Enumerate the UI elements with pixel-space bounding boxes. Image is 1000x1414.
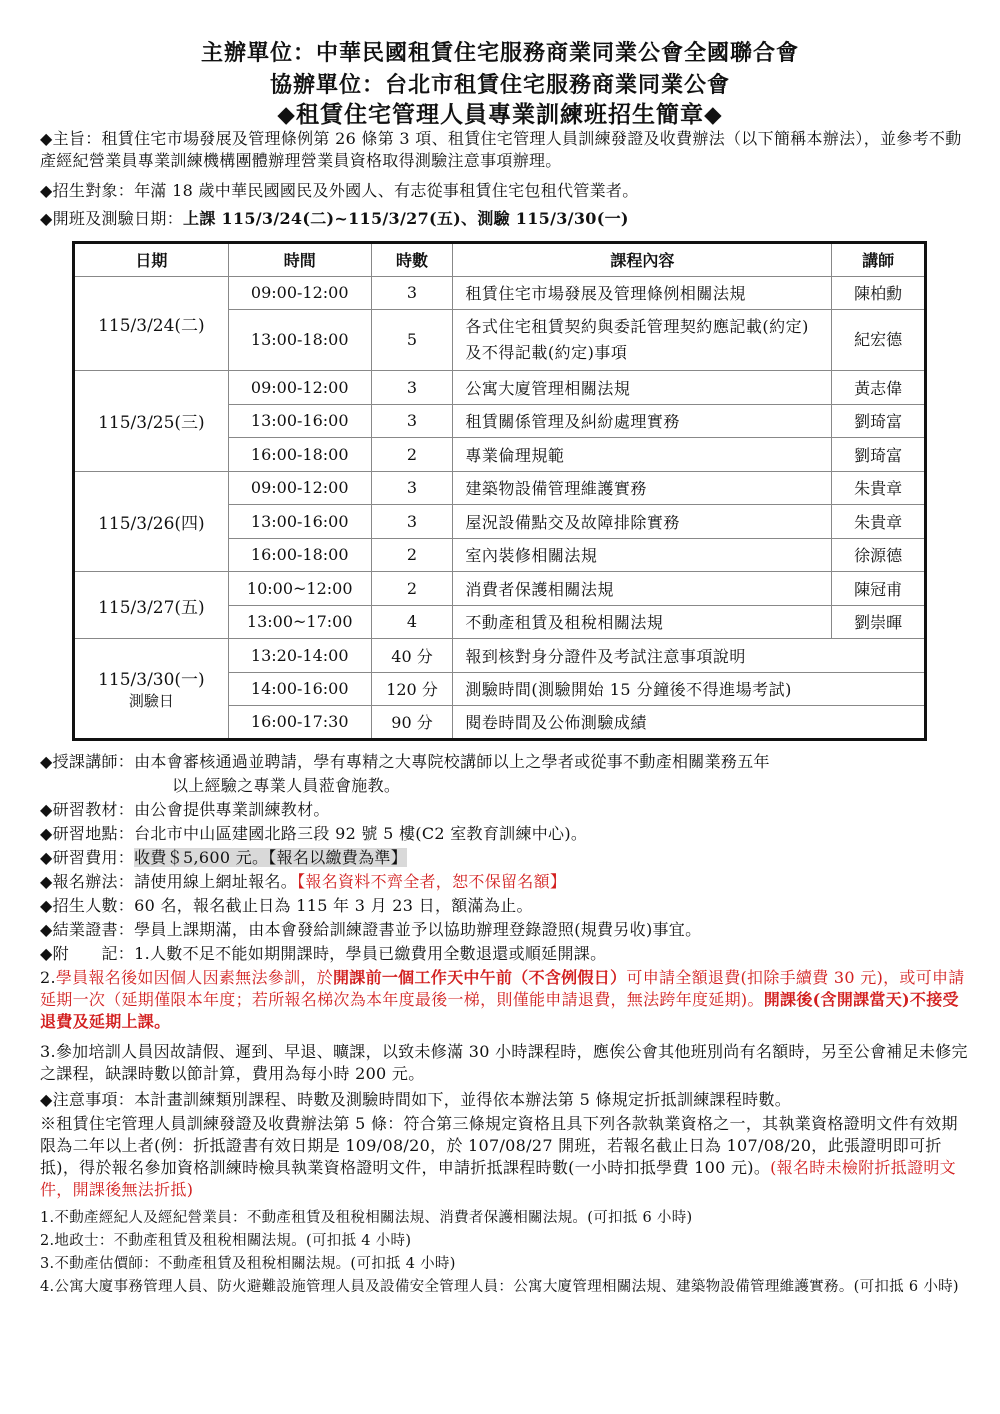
teacher-cell: 陳柏勳: [832, 276, 926, 310]
hours-cell: 3: [371, 505, 453, 539]
course-cell: 閱卷時間及公佈測驗成績: [453, 706, 926, 740]
hours-cell: 3: [371, 404, 453, 438]
hours-cell: 3: [371, 371, 453, 405]
course-cell: 公寓大廈管理相關法規: [453, 371, 832, 405]
table-header-row: 日期 時間 時數 課程內容 講師: [74, 243, 926, 277]
time-cell: 16:00-17:30: [228, 706, 371, 740]
course-cell: 租賃關係管理及糾紛處理實務: [453, 404, 832, 438]
teacher-cell: 紀宏德: [832, 310, 926, 371]
course-cell: 室內裝修相關法規: [453, 538, 832, 572]
time-cell: 14:00-16:00: [228, 672, 371, 706]
notes-2-deadline: 開課前一個工作天中午前（不含例假日）: [333, 968, 626, 987]
offset-item-3: 3.不動產估價師：不動產租賃及租稅相關法規。(可扣抵 4 小時): [40, 1253, 970, 1275]
notes-2-number: 2.: [40, 968, 56, 987]
time-cell: 09:00-12:00: [228, 471, 371, 505]
hours-cell: 2: [371, 438, 453, 472]
exam-day-label: 測驗日: [81, 690, 222, 712]
registration-warning: 【報名資料不齊全者，恕不保留名額】: [297, 872, 566, 891]
date-cell: 115/3/30(一) 測驗日: [74, 639, 229, 740]
time-cell: 16:00-18:00: [228, 538, 371, 572]
table-row: 115/3/30(一) 測驗日 13:20-14:00 40 分 報到核對身分證…: [74, 639, 926, 673]
certificate-text: ◆結業證書：學員上課期滿，由本會發給訓練證書並予以協助辦理登錄證照(規費另收)事…: [40, 919, 970, 941]
registration-text: ◆報名辦法：請使用線上網址報名。: [40, 872, 297, 891]
offset-item-2: 2.地政士：不動產租賃及租稅相關法規。(可扣抵 4 小時): [40, 1230, 970, 1252]
notes-item-1: ◆附 記：1.人數不足不能如期開課時，學員已繳費用全數退還或順延開課。: [40, 943, 970, 965]
teacher-cell: 徐源德: [832, 538, 926, 572]
registration-line: ◆報名辦法：請使用線上網址報名。【報名資料不齊全者，恕不保留名額】: [40, 871, 970, 893]
teacher-cell: 陳冠甫: [832, 572, 926, 606]
table-row: 115/3/26(四) 09:00-12:00 3 建築物設備管理維護實務 朱貴…: [74, 471, 926, 505]
date-cell: 115/3/24(二): [74, 276, 229, 371]
capacity-text: ◆招生人數：60 名，報名截止日為 115 年 3 月 23 日，額滿為止。: [40, 895, 970, 917]
article5-text: ※租賃住宅管理人員訓練發證及收費辦法第 5 條：符合第三條規定資格且具下列各款執…: [40, 1113, 970, 1201]
instructors-text-cont: 以上經驗之專業人員蒞會施教。: [40, 775, 970, 797]
course-cell: 租賃住宅市場發展及管理條例相關法規: [453, 276, 832, 310]
instructors-text: ◆授課講師：由本會審核通過並聘請，學有專精之大專院校講師以上之學者或從事不動產相…: [40, 751, 970, 773]
course-cell: 各式住宅租賃契約與委託管理契約應記載(約定)及不得記載(約定)事項: [453, 310, 832, 371]
table-row: 115/3/27(五) 10:00~12:00 2 消費者保護相關法規 陳冠甫: [74, 572, 926, 606]
time-cell: 09:00-12:00: [228, 371, 371, 405]
teacher-cell: 黃志偉: [832, 371, 926, 405]
fee-line: ◆研習費用：收費＄5,600 元。【報名以繳費為準】: [40, 847, 970, 869]
table-row: 115/3/24(二) 09:00-12:00 3 租賃住宅市場發展及管理條例相…: [74, 276, 926, 310]
hours-cell: 40 分: [371, 639, 453, 673]
time-cell: 13:00~17:00: [228, 605, 371, 639]
dates-label: ◆開班及測驗日期：: [40, 209, 183, 228]
time-cell: 16:00-18:00: [228, 438, 371, 472]
dates-line: ◆開班及測驗日期：上課 115/3/24(二)~115/3/27(五)、測驗 1…: [40, 208, 970, 230]
schedule-table: 日期 時間 時數 課程內容 講師 115/3/24(二) 09:00-12:00…: [72, 241, 927, 741]
hours-cell: 90 分: [371, 706, 453, 740]
notes-item-3: 3.參加培訓人員因故請假、遲到、早退、曠課，以致未修滿 30 小時課程時，應俟公…: [40, 1041, 970, 1085]
location-text: ◆研習地點：台北市中山區建國北路三段 92 號 5 樓(C2 室教育訓練中心)。: [40, 823, 970, 845]
header-time: 時間: [228, 243, 371, 277]
course-cell: 屋況設備點交及故障排除實務: [453, 505, 832, 539]
brochure-title: ◆租賃住宅管理人員專業訓練班招生簡章◆: [0, 100, 1000, 130]
organizer-heading: 主辦單位：中華民國租賃住宅服務商業同業公會全國聯合會: [0, 38, 1000, 68]
date-cell: 115/3/26(四): [74, 471, 229, 572]
materials-text: ◆研習教材：由公會提供專業訓練教材。: [40, 799, 970, 821]
teacher-cell: 朱貴章: [832, 471, 926, 505]
table-row: 115/3/25(三) 09:00-12:00 3 公寓大廈管理相關法規 黃志偉: [74, 371, 926, 405]
course-cell: 建築物設備管理維護實務: [453, 471, 832, 505]
time-cell: 13:00-18:00: [228, 310, 371, 371]
hours-cell: 5: [371, 310, 453, 371]
fee-label: ◆研習費用：: [40, 848, 134, 867]
dates-value: 上課 115/3/24(二)~115/3/27(五)、測驗 115/3/30(一…: [183, 209, 629, 228]
time-cell: 13:20-14:00: [228, 639, 371, 673]
teacher-cell: 朱貴章: [832, 505, 926, 539]
exam-date: 115/3/30(一): [98, 670, 205, 690]
offset-item-1: 1.不動產經紀人及經紀營業員：不動產租賃及租稅相關法規、消費者保護相關法規。(可…: [40, 1207, 970, 1229]
notes-2-text: 學員報名後如因個人因素無法參訓，於: [56, 968, 333, 987]
time-cell: 13:00-16:00: [228, 505, 371, 539]
header-date: 日期: [74, 243, 229, 277]
course-cell: 專業倫理規範: [453, 438, 832, 472]
header-hours: 時數: [371, 243, 453, 277]
purpose-text: ◆主旨：租賃住宅市場發展及管理條例第 26 條第 3 項、租賃住宅管理人員訓練發…: [40, 128, 970, 172]
notes-item-2: 2.學員報名後如因個人因素無法參訓，於開課前一個工作天中午前（不含例假日）可申請…: [40, 967, 970, 1033]
header-teacher: 講師: [832, 243, 926, 277]
hours-cell: 2: [371, 538, 453, 572]
attention-text: ◆注意事項：本計畫訓練類別課程、時數及測驗時間如下，並得依本辦法第 5 條規定折…: [40, 1089, 970, 1111]
course-cell: 測驗時間(測驗開始 15 分鐘後不得進場考試): [453, 672, 926, 706]
hours-cell: 4: [371, 605, 453, 639]
teacher-cell: 劉琦富: [832, 438, 926, 472]
date-cell: 115/3/25(三): [74, 371, 229, 472]
hours-cell: 3: [371, 276, 453, 310]
teacher-cell: 劉崇暉: [832, 605, 926, 639]
time-cell: 09:00-12:00: [228, 276, 371, 310]
brochure-page: 主辦單位：中華民國租賃住宅服務商業同業公會全國聯合會 協辦單位：台北市租賃住宅服…: [0, 0, 1000, 1414]
co-organizer-heading: 協辦單位：台北市租賃住宅服務商業同業公會: [0, 70, 1000, 100]
course-cell: 報到核對身分證件及考試注意事項說明: [453, 639, 926, 673]
time-cell: 13:00-16:00: [228, 404, 371, 438]
teacher-cell: 劉琦富: [832, 404, 926, 438]
hours-cell: 3: [371, 471, 453, 505]
hours-cell: 120 分: [371, 672, 453, 706]
course-cell: 消費者保護相關法規: [453, 572, 832, 606]
hours-cell: 2: [371, 572, 453, 606]
fee-value: 收費＄5,600 元。【報名以繳費為準】: [134, 848, 407, 867]
course-cell: 不動產租賃及租稅相關法規: [453, 605, 832, 639]
offset-item-4: 4.公寓大廈事務管理人員、防火避難設施管理人員及設備安全管理人員：公寓大廈管理相…: [40, 1276, 970, 1298]
audience-text: ◆招生對象：年滿 18 歲中華民國國民及外國人、有志從事租賃住宅包租代管業者。: [40, 180, 970, 202]
time-cell: 10:00~12:00: [228, 572, 371, 606]
header-course: 課程內容: [453, 243, 832, 277]
date-cell: 115/3/27(五): [74, 572, 229, 639]
